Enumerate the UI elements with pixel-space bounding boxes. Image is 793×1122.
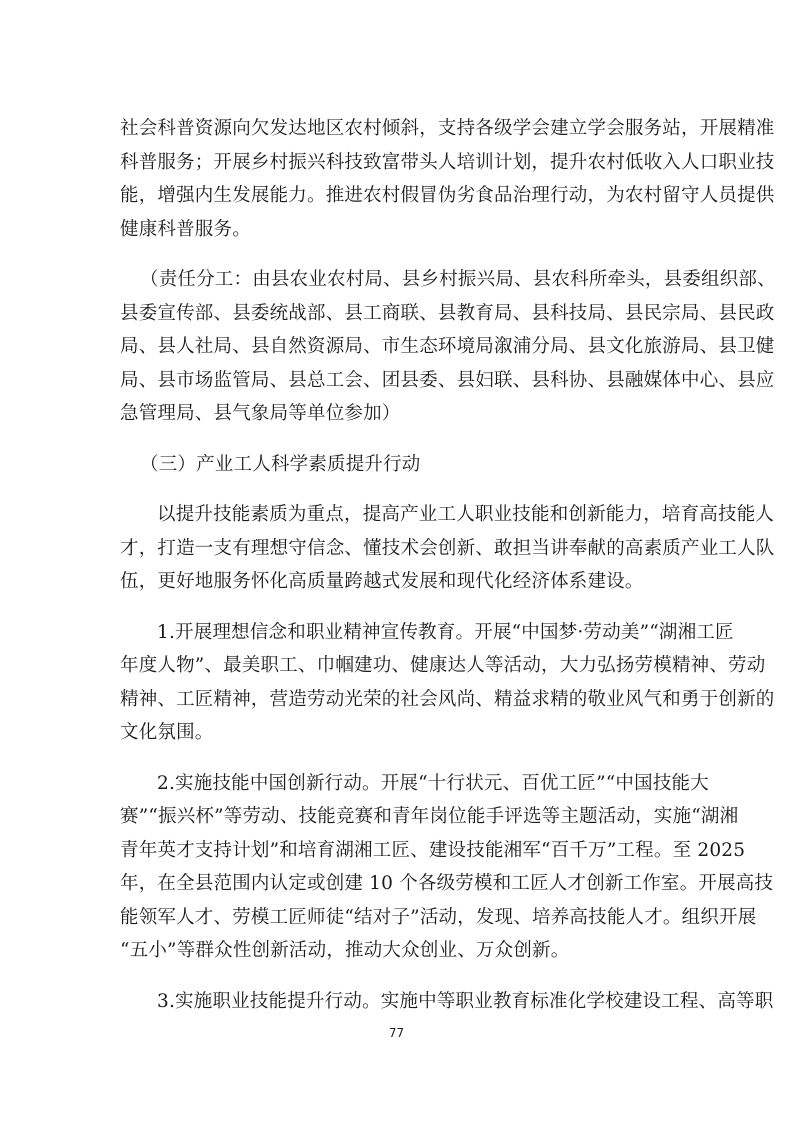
text-line: 健康科普服务。 [120, 213, 676, 247]
document-body: 社会科普资源向欠发达地区农村倾斜，支持各级学会建立学会服务站，开展精准 科普服务… [120, 112, 676, 1018]
section-heading: （三）产业工人科学素质提升行动 [120, 448, 676, 482]
text-line: 局、县人社局、县自然资源局、市生态环境局溆浦分局、县文化旅游局、县卫健 [120, 330, 676, 364]
text-line: 伍，更好地服务怀化高质量跨越式发展和现代化经济体系建设。 [120, 565, 676, 599]
text-line: 才，打造一支有理想守信念、懂技术会创新、敢担当讲奉献的高素质产业工人队 [120, 532, 676, 566]
paragraph-item-1: 1.开展理想信念和职业精神宣传教育。开展“中国梦·劳动美”“湖湘工匠 年度人物”… [120, 616, 676, 750]
text-line: 能，增强内生发展能力。推进农村假冒伪劣食品治理行动，为农村留守人员提供 [120, 179, 676, 213]
text-line: 精神、工匠精神，营造劳动光荣的社会风尚、精益求精的敬业风气和勇于创新的 [120, 683, 676, 717]
paragraph-gap [120, 481, 676, 498]
text-line: 能领军人才、劳模工匠师徒“结对子”活动，发现、培养高技能人才。组织开展 [120, 901, 676, 935]
text-line: 年，在全县范围内认定或创建 10 个各级劳模和工匠人才创新工作室。开展高技 [120, 867, 676, 901]
text-line: （责任分工：由县农业农村局、县乡村振兴局、县农科所牵头，县委组织部、 [120, 263, 676, 297]
paragraph-item-2: 2.实施技能中国创新行动。开展“十行状元、百优工匠”“中国技能大 赛”“振兴杯”… [120, 767, 676, 968]
text-line: “五小”等群众性创新活动，推动大众创业、万众创新。 [120, 934, 676, 968]
text-line: 文化氛围。 [120, 716, 676, 750]
text-line: 科普服务；开展乡村振兴科技致富带头人培训计划，提升农村低收入人口职业技 [120, 146, 676, 180]
text-line: 年度人物”、最美职工、巾帼建功、健康达人等活动，大力弘扬劳模精神、劳动 [120, 649, 676, 683]
paragraph-gap [120, 968, 676, 985]
paragraph-item-3: 3.实施职业技能提升行动。实施中等职业教育标准化学校建设工程、高等职 [120, 985, 676, 1019]
paragraph-gap [120, 431, 676, 448]
text-line: 县委宣传部、县委统战部、县工商联、县教育局、县科技局、县民宗局、县民政 [120, 297, 676, 331]
text-line: 以提升技能素质为重点，提高产业工人职业技能和创新能力，培育高技能人 [120, 498, 676, 532]
paragraph-responsibility: （责任分工：由县农业农村局、县乡村振兴局、县农科所牵头，县委组织部、 县委宣传部… [120, 263, 676, 431]
text-line: 2.实施技能中国创新行动。开展“十行状元、百优工匠”“中国技能大 [120, 767, 676, 801]
paragraph-section-intro: 以提升技能素质为重点，提高产业工人职业技能和创新能力，培育高技能人 才，打造一支… [120, 498, 676, 599]
heading-text: （三）产业工人科学素质提升行动 [120, 448, 676, 482]
paragraph-gap [120, 246, 676, 263]
text-line: 3.实施职业技能提升行动。实施中等职业教育标准化学校建设工程、高等职 [120, 985, 676, 1019]
page-number: 77 [0, 1026, 793, 1040]
paragraph-gap [120, 750, 676, 767]
paragraph-continued: 社会科普资源向欠发达地区农村倾斜，支持各级学会建立学会服务站，开展精准 科普服务… [120, 112, 676, 246]
text-line: 社会科普资源向欠发达地区农村倾斜，支持各级学会建立学会服务站，开展精准 [120, 112, 676, 146]
text-line: 赛”“振兴杯”等劳动、技能竞赛和青年岗位能手评选等主题活动，实施“湖湘 [120, 800, 676, 834]
text-line: 急管理局、县气象局等单位参加） [120, 397, 676, 431]
text-line: 1.开展理想信念和职业精神宣传教育。开展“中国梦·劳动美”“湖湘工匠 [120, 616, 676, 650]
text-line: 青年英才支持计划”和培育湖湘工匠、建设技能湘军“百千万”工程。至 2025 [120, 834, 676, 868]
text-line: 局、县市场监管局、县总工会、团县委、县妇联、县科协、县融媒体中心、县应 [120, 364, 676, 398]
paragraph-gap [120, 599, 676, 616]
